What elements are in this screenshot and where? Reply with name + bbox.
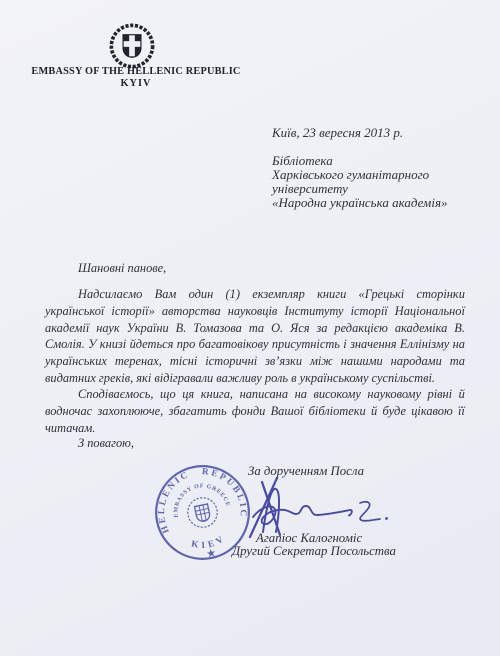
body-line: українськихтеренах,тісніісторичнізв’язки… (45, 353, 465, 370)
recipient-line: Бібліотека (272, 154, 448, 168)
body-line: академіїнаукУкраїниВ.ТомазоватаО.Ясязаре… (45, 320, 465, 337)
stamp-arms-shield (194, 504, 210, 523)
body-line: Смолія.Укнизійдетьсяпробагатовіковупрису… (45, 336, 465, 353)
letterhead-title: EMBASSY OF THE HELLENIC REPUBLIC (18, 66, 254, 77)
date-line: Київ, 23 вересня 2013 р. (272, 125, 403, 141)
stamp-arms-cross-horizontal (195, 508, 209, 515)
recipient-block: Бібліотека Харківського гуманітарного ун… (272, 154, 448, 210)
signature-tail (360, 502, 380, 521)
body-paragraph: НадсилаємоВамодин(1)екземпляркниги«Грець… (45, 286, 465, 387)
recipient-line: університету (272, 182, 448, 196)
stamp-arms-wreath (185, 495, 220, 530)
body-line: водночасзахоплююче,збагатитьфондиВашоїбі… (45, 403, 465, 420)
body-line: читачам. (45, 420, 465, 437)
salutation: Шановні панове, (78, 261, 166, 276)
signer-title: Другий Секретар Посольства (232, 544, 396, 559)
greek-coat-of-arms-icon (108, 23, 156, 69)
emblem-cross-horizontal (124, 41, 141, 47)
body-line: видатних греків, які відігравали важливу… (45, 370, 465, 387)
body-line: Сподіваємось,щоцякнига,написананависоком… (45, 386, 465, 403)
stamp-star-icon: ★ (206, 548, 217, 561)
signature-dot (385, 517, 388, 520)
body-line: українськоїісторії»авторстванауковцівІнс… (45, 303, 465, 320)
stamp-coat-of-arms-icon (185, 495, 220, 530)
body-paragraph: Сподіваємось,щоцякнига,написананависоком… (45, 386, 465, 436)
letterhead-city: KYIV (18, 78, 254, 89)
recipient-line: «Народна українська академія» (272, 196, 448, 210)
body-line: НадсилаємоВамодин(1)екземпляркниги«Грець… (45, 286, 465, 303)
recipient-line: Харківського гуманітарного (272, 168, 448, 182)
closing-salutation: З повагою, (78, 436, 134, 451)
scanned-letter-page: EMBASSY OF THE HELLENIC REPUBLIC KYIV Ки… (0, 0, 500, 656)
stamp-text-hellenic: HELLENIC (148, 468, 202, 535)
